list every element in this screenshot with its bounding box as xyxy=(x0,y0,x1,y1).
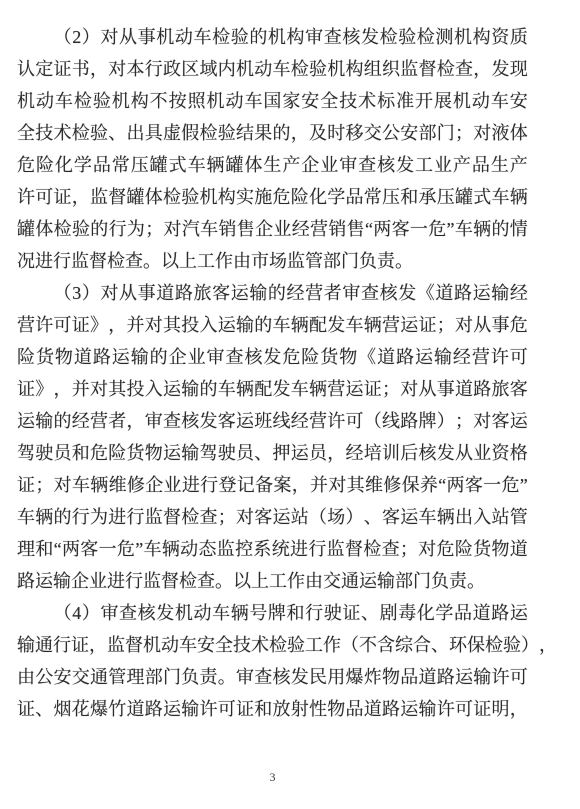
text-line: 险货物道路运输的企业审查核发危险货物《道路运输经营许可 xyxy=(17,341,528,373)
text-line: 驾驶员和危险货物运输驾驶员、押运员，经培训后核发从业资格 xyxy=(17,437,528,469)
text-line: 许可证，监督罐体检验机构实施危险化学品常压和承压罐式车辆 xyxy=(17,181,528,213)
text-line: 全技术检验、出具虚假检验结果的，及时移交公安部门；对液体 xyxy=(17,117,528,149)
text-line: （3）对从事道路旅客运输的经营者审查核发《道路运输经 xyxy=(17,277,528,309)
text-line: 营许可证》，并对其投入运输的车辆配发车辆营运证；对从事危 xyxy=(17,309,528,341)
text-line: 证、烟花爆竹道路运输许可证和放射性物品道路运输许可证明， xyxy=(17,693,528,725)
text-line: 罐体检验的行为；对汽车销售企业经营销售“两客一危”车辆的情 xyxy=(17,213,528,245)
paragraph-item-4: （4）审查核发机动车辆号牌和行驶证、剧毒化学品道路运 输通行证，监督机动车安全技… xyxy=(17,597,528,725)
paragraph-item-2: （2）对从事机动车检验的机构审查核发检验检测机构资质 认定证书，对本行政区域内机… xyxy=(17,21,528,277)
document-page: （2）对从事机动车检验的机构审查核发检验检测机构资质 认定证书，对本行政区域内机… xyxy=(0,0,580,809)
text-line: 况进行监督检查。以上工作由市场监管部门负责。 xyxy=(17,245,528,277)
text-line: 理和“两客一危”车辆动态监控系统进行监督检查；对危险货物道 xyxy=(17,533,528,565)
text-line: 机动车检验机构不按照机动车国家安全技术标准开展机动车安 xyxy=(17,85,528,117)
text-line: 输通行证，监督机动车安全技术检验工作（不含综合、环保检验）， xyxy=(17,629,528,661)
text-line: （2）对从事机动车检验的机构审查核发检验检测机构资质 xyxy=(17,21,528,53)
text-line: 由公安交通管理部门负责。审查核发民用爆炸物品道路运输许可 xyxy=(17,661,528,693)
text-line: 认定证书，对本行政区域内机动车检验机构组织监督检查，发现 xyxy=(17,53,528,85)
text-line: 路运输企业进行监督检查。以上工作由交通运输部门负责。 xyxy=(17,565,528,597)
paragraph-item-3: （3）对从事道路旅客运输的经营者审查核发《道路运输经 营许可证》，并对其投入运输… xyxy=(17,277,528,597)
document-body-text: （2）对从事机动车检验的机构审查核发检验检测机构资质 认定证书，对本行政区域内机… xyxy=(17,21,528,725)
text-line: 证；对车辆维修企业进行登记备案，并对其维修保养“两客一危” xyxy=(17,469,528,501)
text-line: 运输的经营者，审查核发客运班线经营许可（线路牌）；对客运 xyxy=(17,405,528,437)
text-line: （4）审查核发机动车辆号牌和行驶证、剧毒化学品道路运 xyxy=(17,597,528,629)
page-number: 3 xyxy=(17,770,528,785)
text-line: 车辆的行为进行监督检查；对客运站（场）、客运车辆出入站管 xyxy=(17,501,528,533)
text-line: 危险化学品常压罐式车辆罐体生产企业审查核发工业产品生产 xyxy=(17,149,528,181)
text-line: 证》，并对其投入运输的车辆配发车辆营运证；对从事道路旅客 xyxy=(17,373,528,405)
